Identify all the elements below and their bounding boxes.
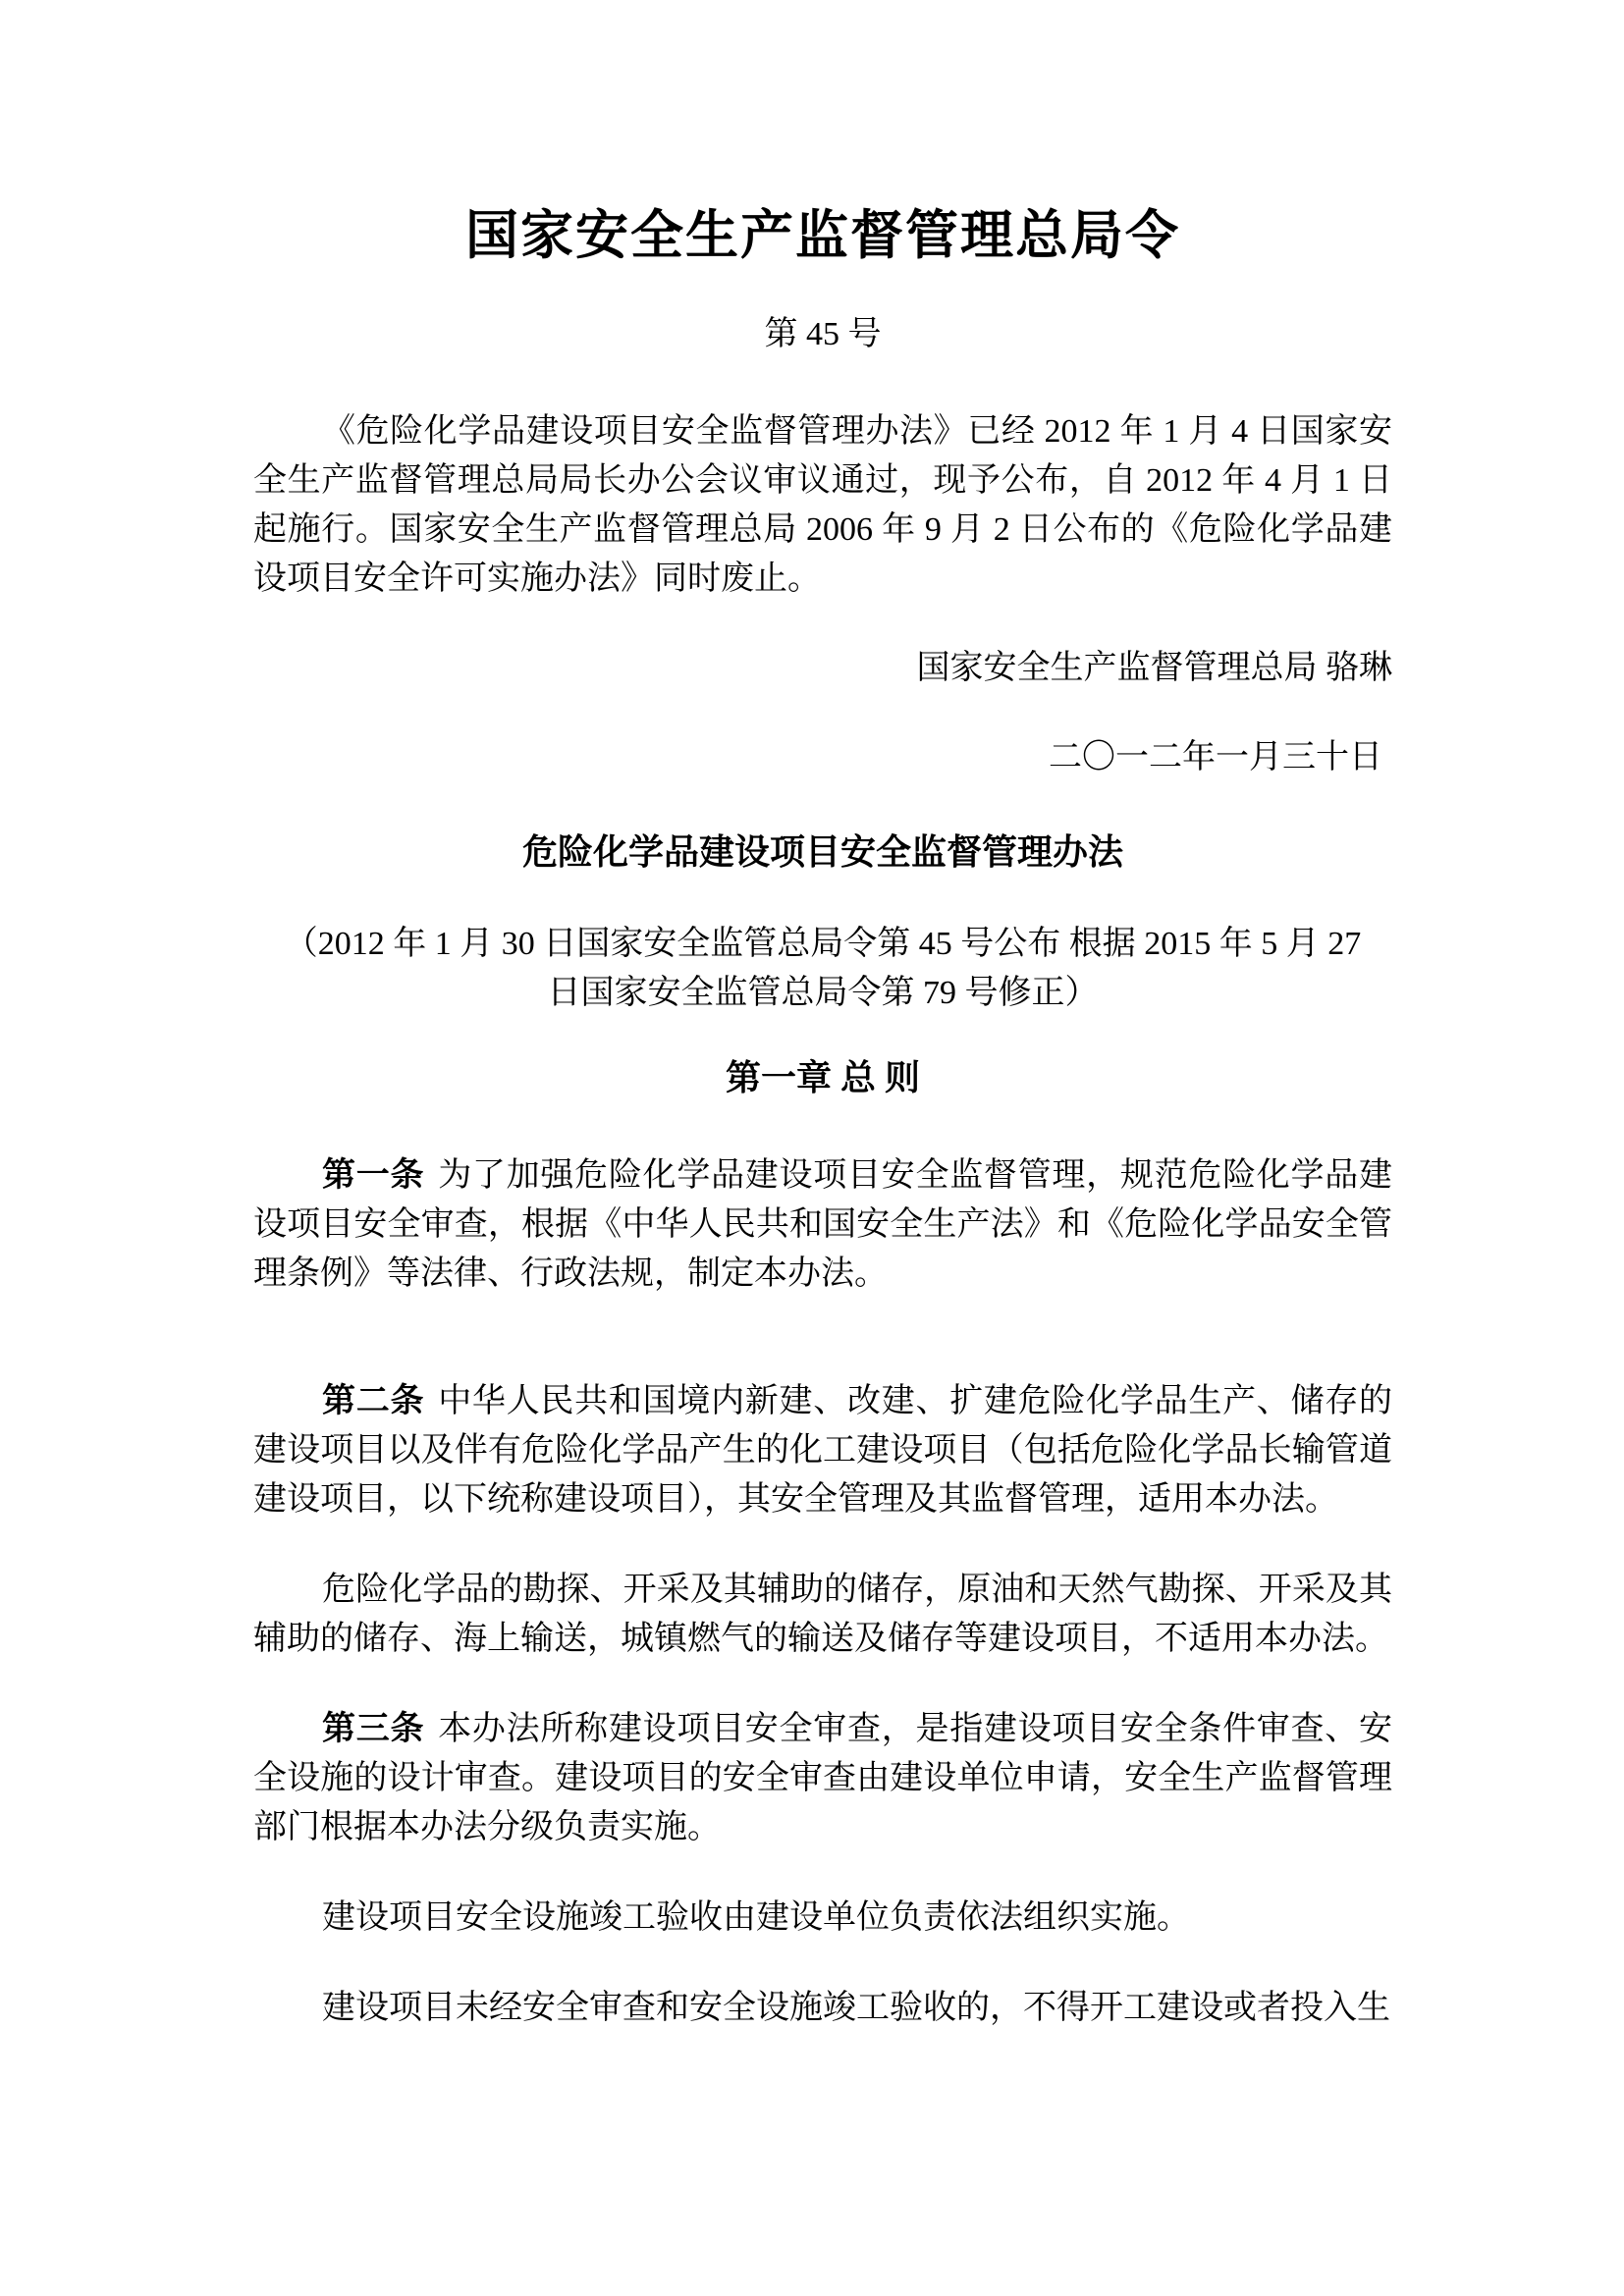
article-text: 危险化学品的勘探、开采及其辅助的储存，原油和天然气勘探、开采及其辅助的储存、海上… bbox=[253, 1572, 1392, 1657]
regulation-title: 危险化学品建设项目安全监督管理办法 bbox=[253, 828, 1392, 877]
article-text: 建设项目未经安全审查和安全设施竣工验收的，不得开工建设或者投入生 bbox=[322, 1990, 1390, 2026]
document-title: 国家安全生产监督管理总局令 bbox=[253, 201, 1392, 270]
article-text: 为了加强危险化学品建设项目安全监督管理，规范危险化学品建设项目安全审查，根据《中… bbox=[253, 1157, 1392, 1292]
revision-note-line-1: （2012 年 1 月 30 日国家安全监管总局令第 45 号公布 根据 201… bbox=[253, 920, 1392, 969]
signature-line: 国家安全生产监督管理总局 骆琳 bbox=[253, 644, 1392, 693]
preamble-paragraph: 《危险化学品建设项目安全监督管理办法》已经 2012 年 1 月 4 日国家安全… bbox=[253, 407, 1392, 604]
article-text: 建设项目安全设施竣工验收由建设单位负责依法组织实施。 bbox=[322, 1899, 1190, 1936]
article-label: 第三条 bbox=[322, 1711, 424, 1747]
article-paragraph: 建设项目安全设施竣工验收由建设单位负责依法组织实施。 bbox=[253, 1894, 1392, 1943]
article-paragraph: 第二条中华人民共和国境内新建、改建、扩建危险化学品生产、储存的建设项目以及伴有危… bbox=[253, 1377, 1392, 1524]
article-text: 中华人民共和国境内新建、改建、扩建危险化学品生产、储存的建设项目以及伴有危险化学… bbox=[253, 1383, 1392, 1518]
article-text: 本办法所称建设项目安全审查，是指建设项目安全条件审查、安全设施的设计审查。建设项… bbox=[253, 1711, 1392, 1845]
article-label: 第二条 bbox=[322, 1383, 424, 1419]
article-paragraph: 第一条为了加强危险化学品建设项目安全监督管理，规范危险化学品建设项目安全审查，根… bbox=[253, 1151, 1392, 1299]
article-paragraph: 危险化学品的勘探、开采及其辅助的储存，原油和天然气勘探、开采及其辅助的储存、海上… bbox=[253, 1566, 1392, 1664]
date-line: 二〇一二年一月三十日 bbox=[253, 733, 1392, 782]
article-paragraph: 第三条本办法所称建设项目安全审查，是指建设项目安全条件审查、安全设施的设计审查。… bbox=[253, 1705, 1392, 1852]
chapter-heading: 第一章 总 则 bbox=[253, 1053, 1392, 1102]
revision-note-line-2: 日国家安全监管总局令第 79 号修正） bbox=[253, 969, 1392, 1018]
article-label: 第一条 bbox=[322, 1157, 424, 1194]
revision-note: （2012 年 1 月 30 日国家安全监管总局令第 45 号公布 根据 201… bbox=[253, 920, 1392, 1018]
order-number: 第 45 号 bbox=[253, 311, 1392, 358]
article-paragraph: 建设项目未经安全审查和安全设施竣工验收的，不得开工建设或者投入生 bbox=[253, 1984, 1392, 2033]
document-page: 国家安全生产监督管理总局令 第 45 号 《危险化学品建设项目安全监督管理办法》… bbox=[0, 0, 1624, 2296]
